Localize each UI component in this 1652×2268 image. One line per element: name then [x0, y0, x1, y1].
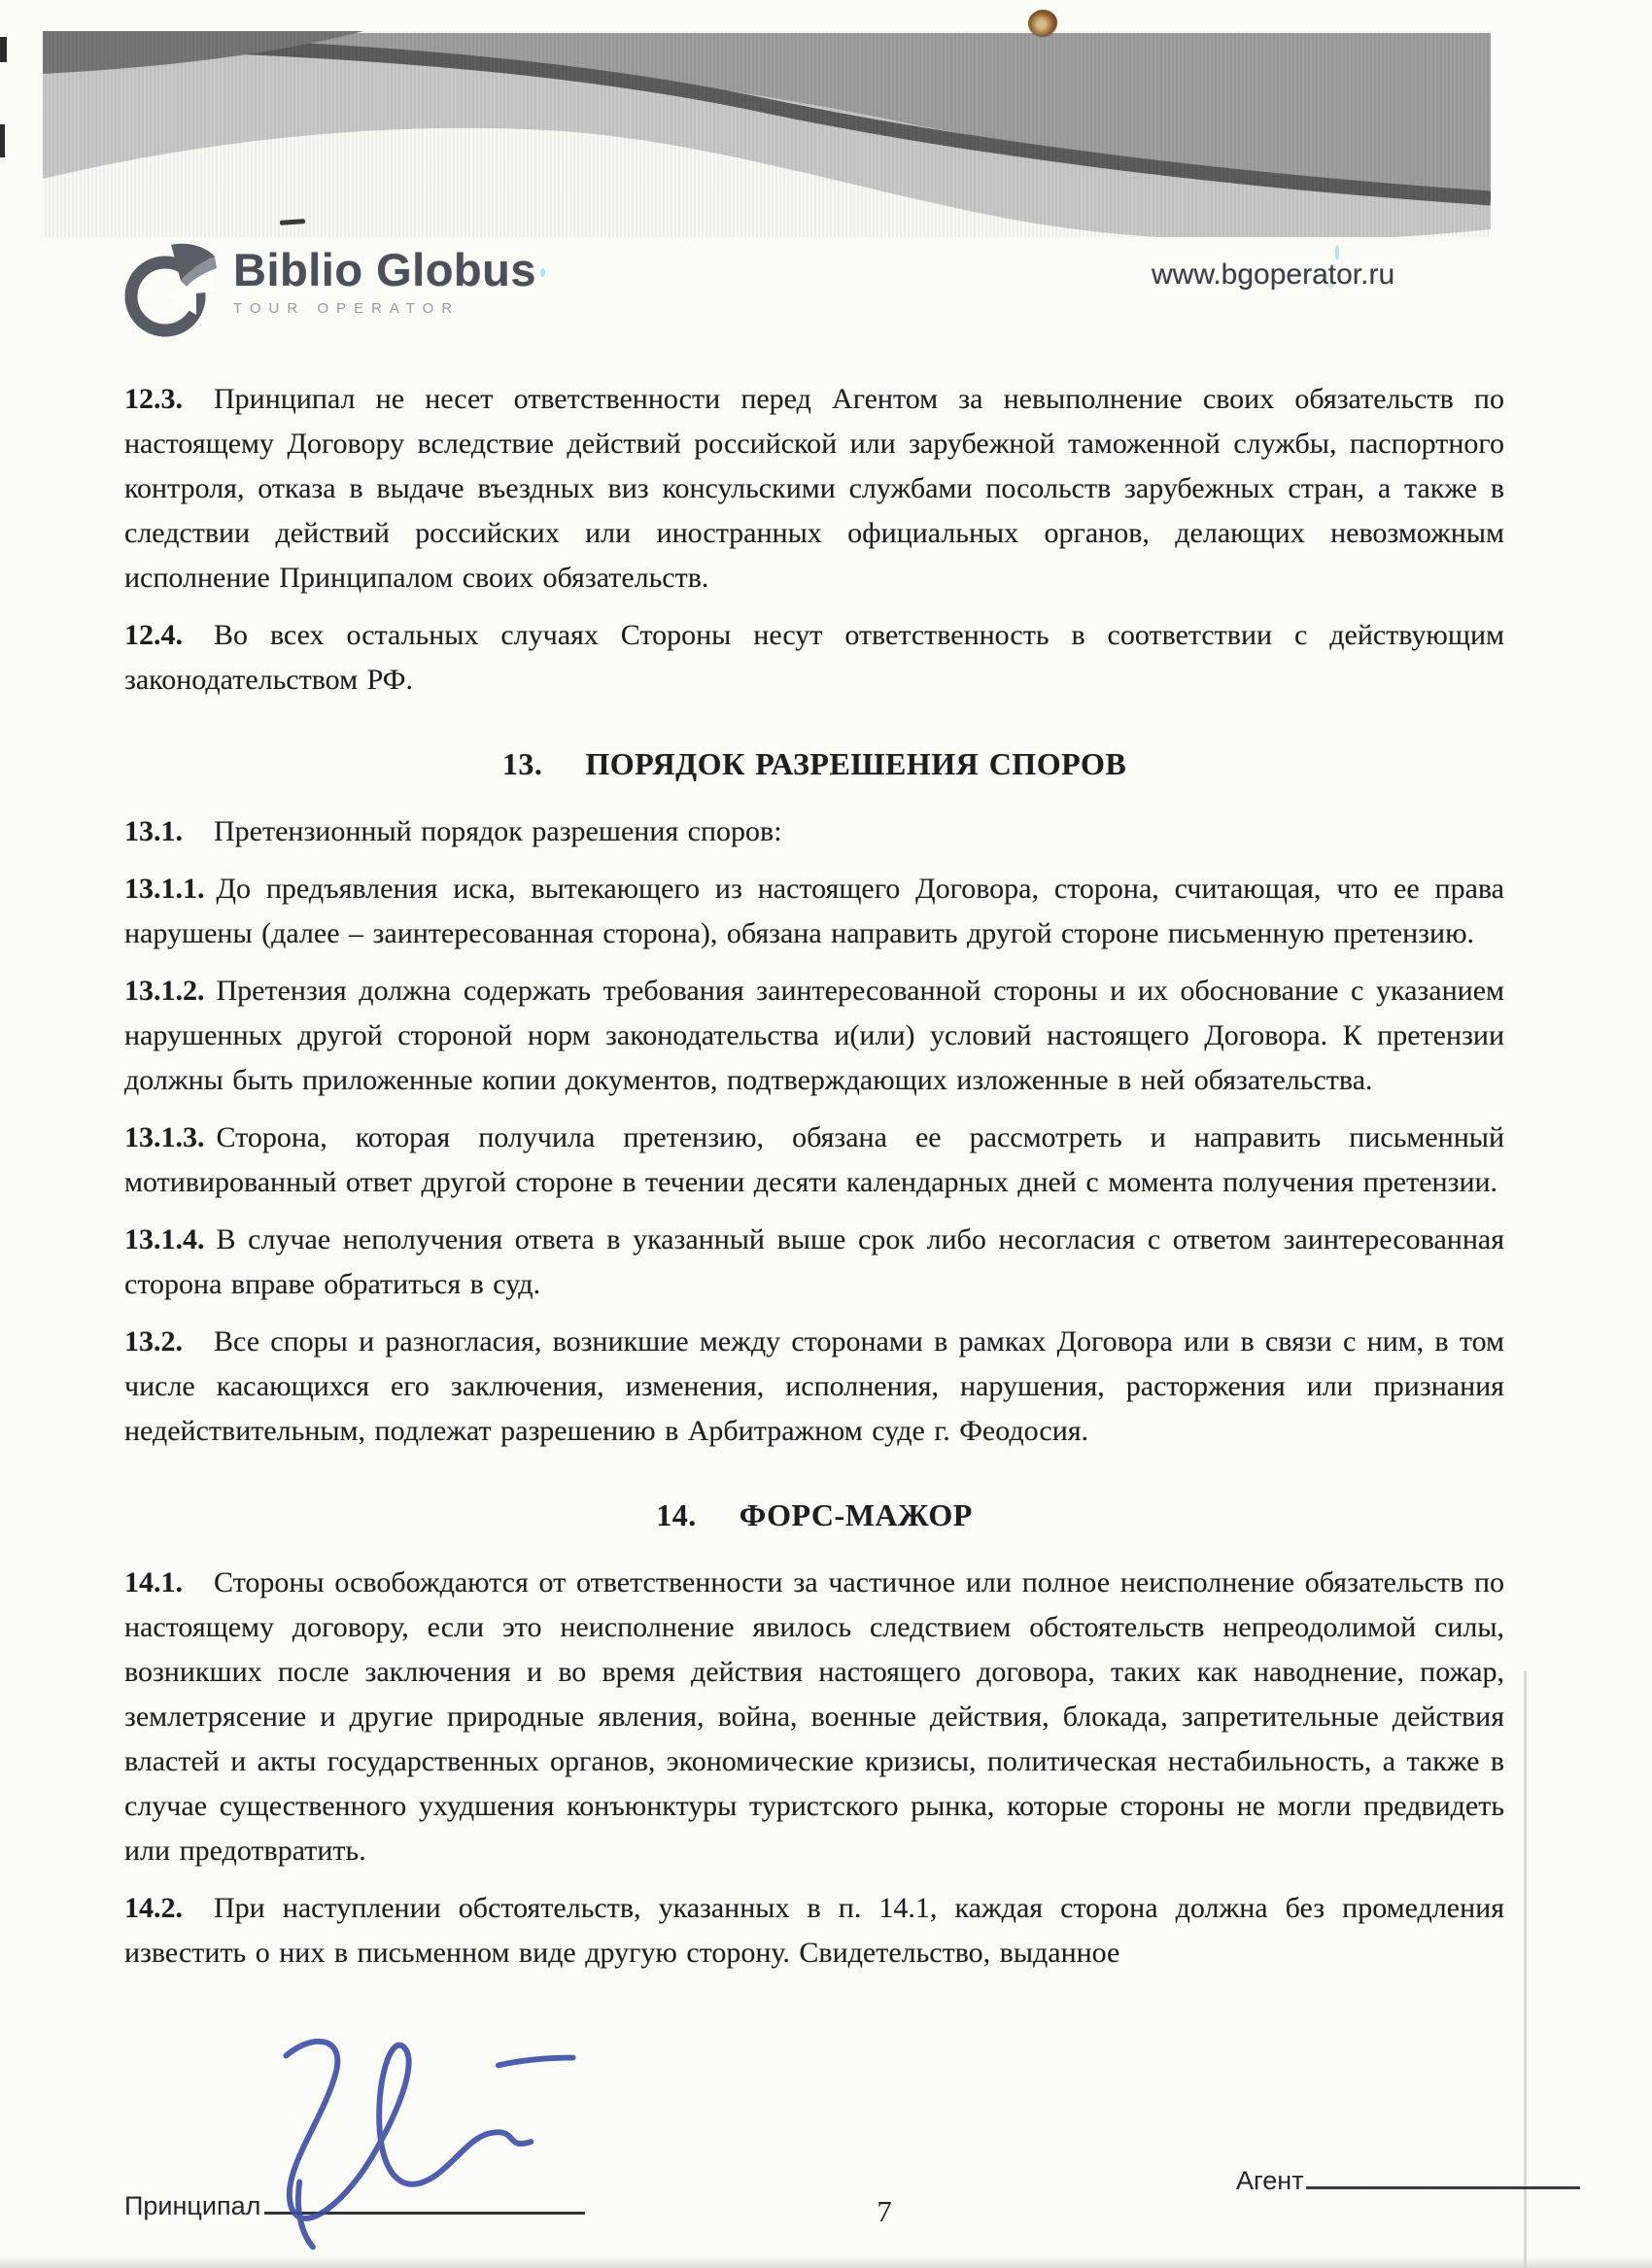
contract-paragraph: 14.2.При наступлении обстоятельств, указ…	[124, 1886, 1504, 1976]
clause-text: При наступлении обстоятельств, указанных…	[124, 1892, 1504, 1969]
clause-text: Все споры и разногласия, возникшие между…	[124, 1325, 1504, 1447]
section-title: ПОРЯДОК РАЗРЕШЕНИЯ СПОРОВ	[585, 746, 1126, 781]
clause-text: До предъявления иска, вытекающего из нас…	[124, 873, 1504, 949]
clause-text: Сторона, которая получила претензию, обя…	[124, 1121, 1504, 1198]
clause-number: 13.1.	[124, 815, 183, 847]
section-heading: 14.ФОРС-МАЖОР	[124, 1493, 1504, 1537]
clause-text: Принципал не несет ответственности перед…	[124, 383, 1504, 594]
contract-paragraph: 12.4.Во всех остальных случаях Стороны н…	[124, 613, 1504, 703]
clause-text: Претензионный порядок разрешения споров:	[214, 815, 782, 847]
clause-text: Претензия должна содержать требования за…	[124, 975, 1504, 1096]
clause-number: 13.1.4.	[124, 1223, 205, 1255]
logo-title: Biblio Globus	[233, 247, 536, 293]
ink-speck	[540, 268, 545, 277]
scan-edge-mark	[0, 37, 7, 62]
scanned-contract-page: Biblio Globus TOUR OPERATOR www.bgoperat…	[0, 0, 1652, 2268]
page-number: 7	[855, 2194, 913, 2229]
section-number: 14.	[656, 1497, 697, 1532]
scan-edge-mark	[0, 124, 5, 157]
clause-text: Стороны освобождаются от ответственности…	[124, 1566, 1504, 1867]
company-logo: Biblio Globus TOUR OPERATOR	[122, 241, 536, 338]
contract-paragraph: 14.1.Стороны освобождаются от ответствен…	[124, 1561, 1504, 1873]
clause-number: 12.4.	[124, 619, 183, 651]
contract-paragraph: 13.1.2.Претензия должна содержать требов…	[124, 969, 1504, 1103]
clause-number: 13.2.	[124, 1325, 183, 1357]
document-body: 12.3.Принципал не несет ответственности …	[124, 377, 1504, 1988]
agent-signature-block: Агент	[1236, 2163, 1580, 2196]
clause-number: 13.1.3.	[124, 1121, 205, 1153]
contract-paragraph: 13.2.Все споры и разногласия, возникшие …	[124, 1320, 1504, 1454]
clause-text: В случае неполучения ответа в указанный …	[124, 1223, 1504, 1300]
logo-subtitle: TOUR OPERATOR	[233, 300, 536, 317]
logo-text: Biblio Globus TOUR OPERATOR	[233, 241, 536, 317]
clause-text: Во всех остальных случаях Стороны несут …	[124, 619, 1504, 696]
contract-paragraph: 12.3.Принципал не несет ответственности …	[124, 377, 1504, 601]
section-number: 13.	[502, 746, 543, 781]
clause-number: 14.1.	[124, 1566, 183, 1598]
contract-paragraph: 13.1.3.Сторона, которая получила претенз…	[124, 1116, 1504, 1205]
clause-number: 14.2.	[124, 1892, 183, 1924]
clause-number: 12.3.	[124, 383, 183, 415]
scan-texture	[43, 31, 1491, 237]
clause-number: 13.1.1.	[124, 873, 205, 905]
header-wave-band	[43, 31, 1491, 237]
section-title: ФОРС-МАЖОР	[740, 1497, 973, 1532]
clause-number: 13.1.2.	[124, 975, 205, 1007]
contract-paragraph: 13.1.Претензионный порядок разрешения сп…	[124, 809, 1504, 854]
website-url: www.bgoperator.ru	[1152, 258, 1394, 292]
agent-label: Агент	[1236, 2166, 1304, 2195]
principal-signature-ink	[225, 2029, 634, 2268]
section-heading: 13.ПОРЯДОК РАЗРЕШЕНИЯ СПОРОВ	[124, 741, 1504, 786]
globe-logo-icon	[122, 241, 220, 338]
contract-paragraph: 13.1.4.В случае неполучения ответа в ука…	[124, 1218, 1504, 1307]
agent-signature-line	[1306, 2163, 1580, 2189]
contract-paragraph: 13.1.1.До предъявления иска, вытекающего…	[124, 867, 1504, 956]
